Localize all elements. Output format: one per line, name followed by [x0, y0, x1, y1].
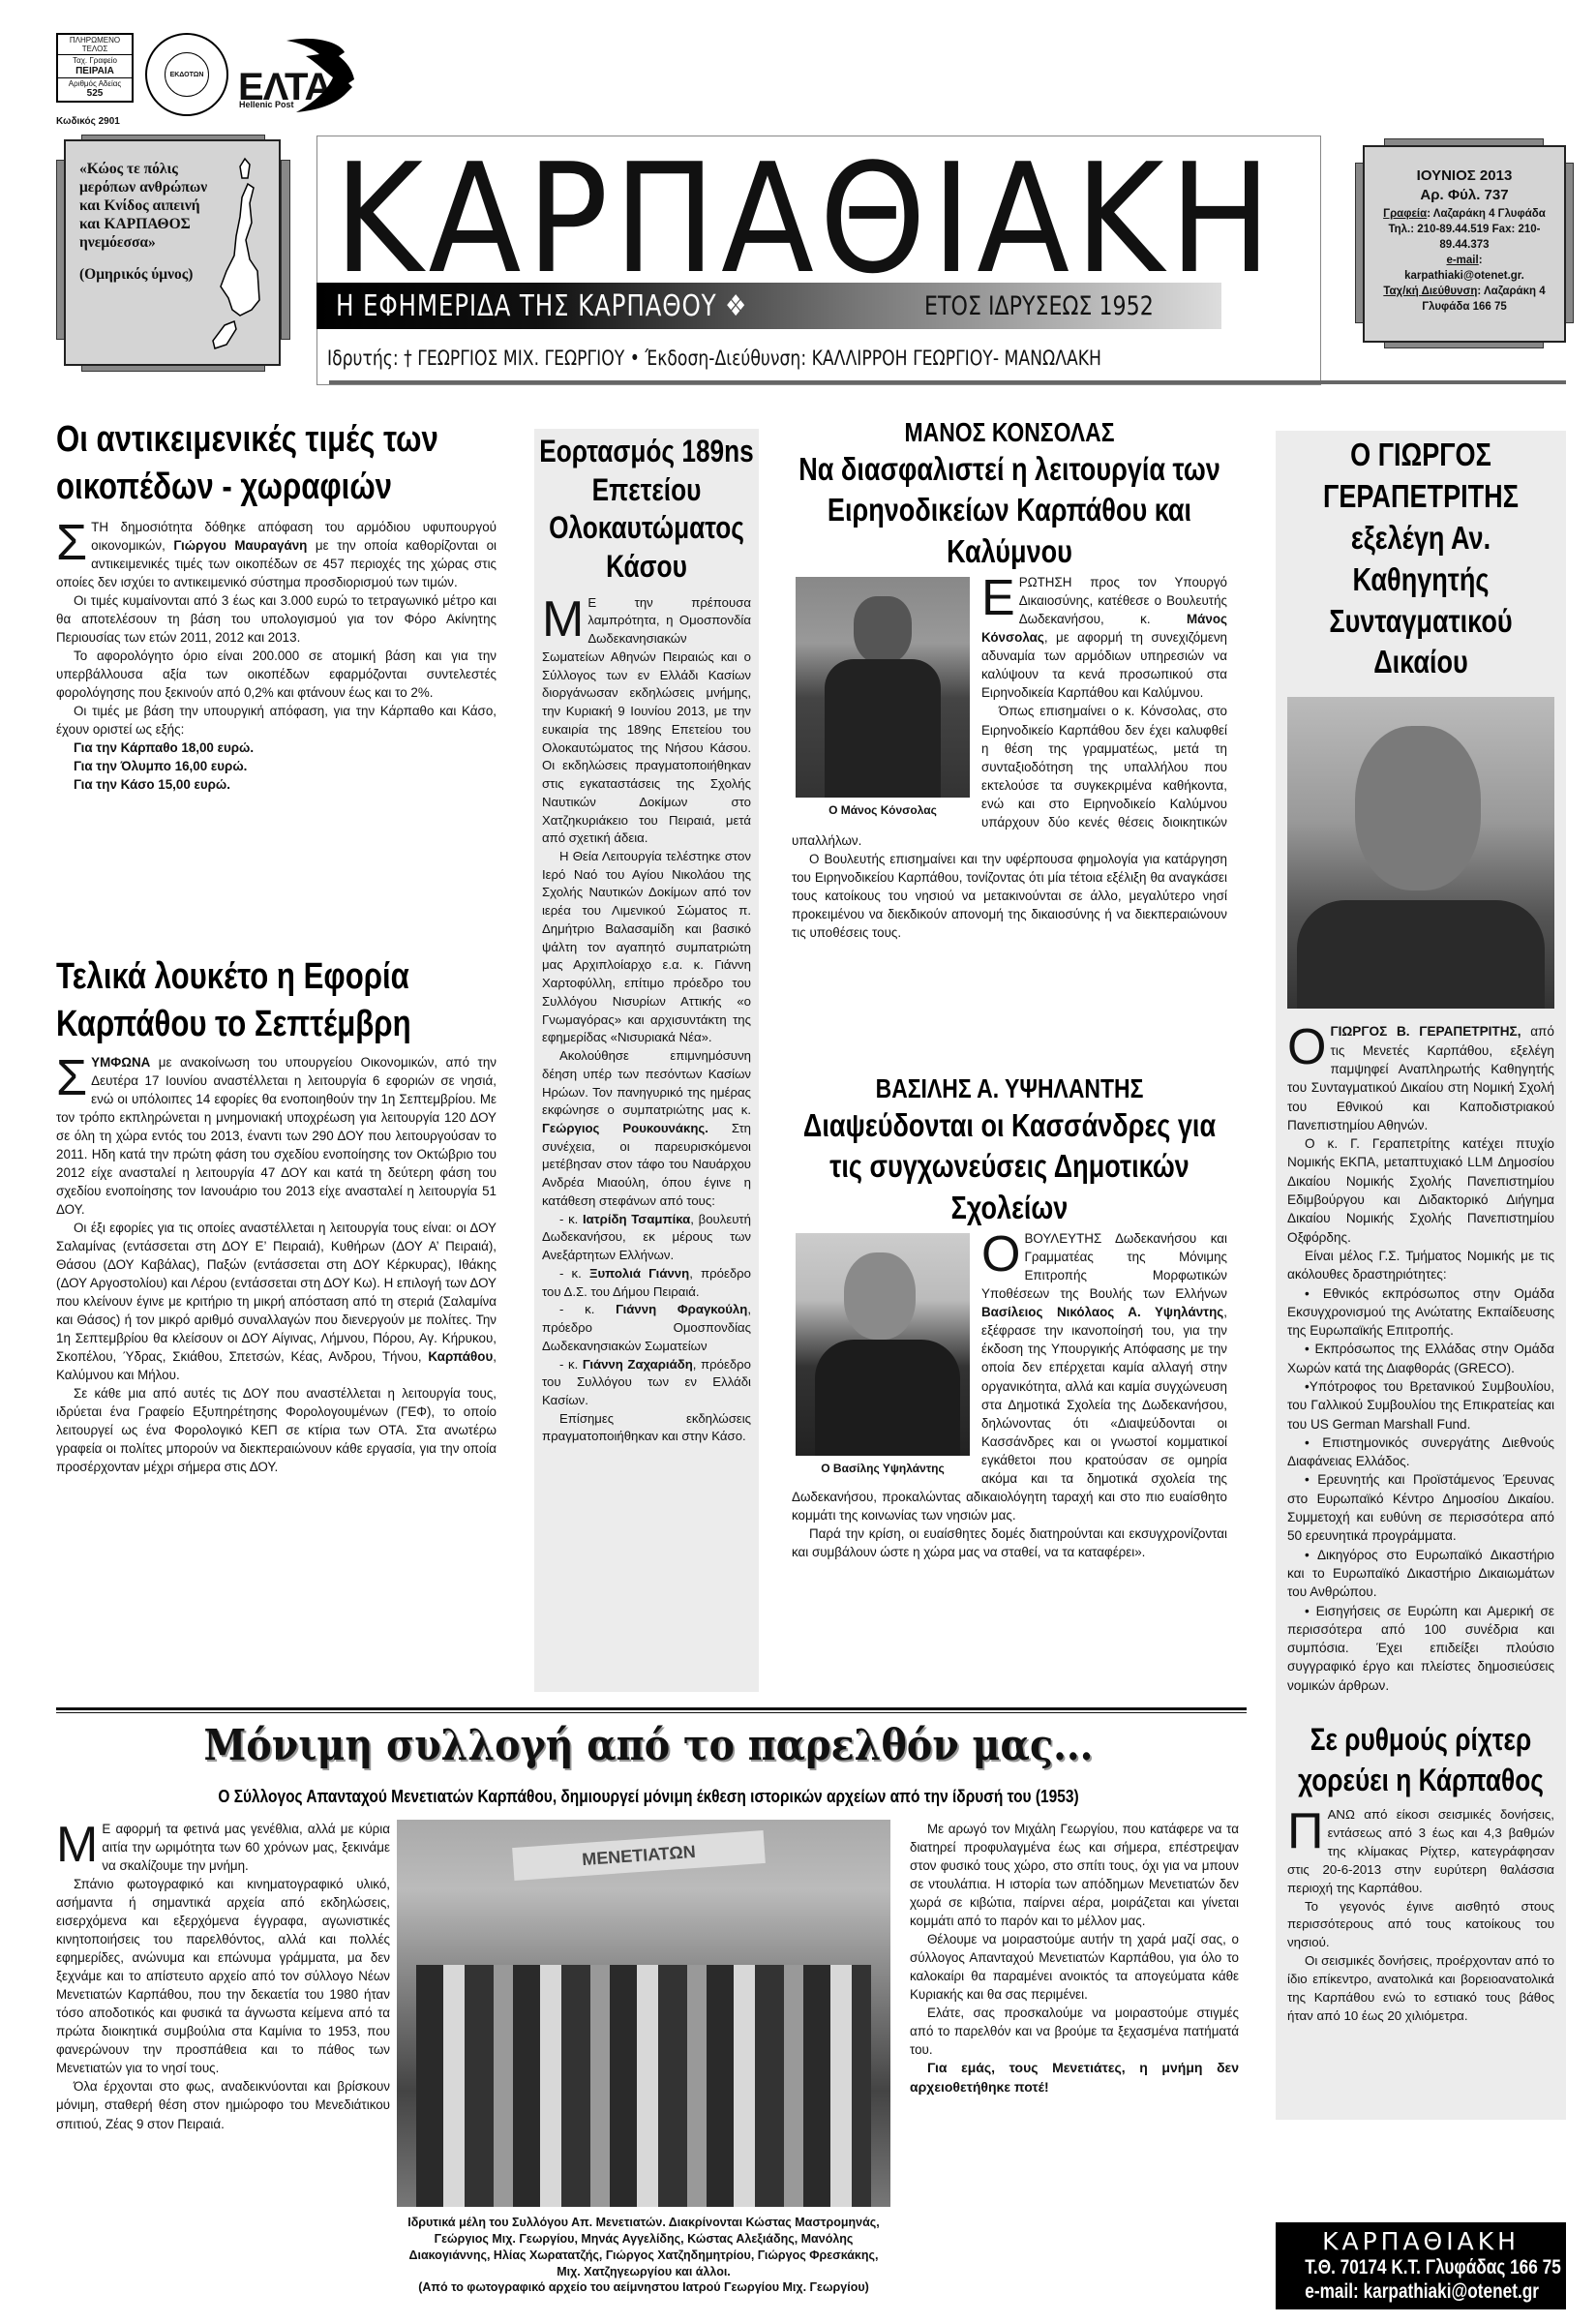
postal-city: Γλυφάδα 166 75	[1370, 299, 1558, 315]
kicker: ΒΑΣΙΛΗΣ Α. ΥΨΗΛΑΝΤΗΣ	[831, 1072, 1189, 1105]
bold-name: Γεώργιος Ρουκουνάκης.	[542, 1121, 708, 1135]
bold-name: Γιώργου Μαυραγάνη	[173, 538, 307, 553]
paragraph-text: με ανακοίνωση του υπουργείου Οικονομικών…	[56, 1055, 497, 1217]
bold-lead: ΥΜΦΩΝΑ	[91, 1055, 150, 1070]
bold-name: ΓΙΩΡΓΟΣ Β. ΓΕΡΑΠΕΤΡΙΤΗΣ,	[1330, 1024, 1521, 1039]
paragraph: Όλα έρχονται στο φως, αναδεικνύονται και…	[56, 2077, 390, 2132]
paragraph: Το γεγονός έγινε αισθητό στους περισσότε…	[1287, 1898, 1554, 1953]
article-body: ΟΓΙΩΡΓΟΣ Β. ΓΕΡΑΠΕΤΡΙΤΗΣ, από τις Μενετέ…	[1287, 1022, 1554, 1695]
wreath-name: Γιάννη Φραγκούλη	[616, 1302, 747, 1316]
article-gerapetritis: Ο ΓΙΩΡΓΟΣ ΓΕΡΑΠΕΤΡΙΤΗΣ εξελέγη Αν. Καθηγ…	[1276, 431, 1566, 2120]
paragraph: Το αφορολόγητο όριο είναι 200.000 σε ατο…	[56, 647, 497, 702]
price-item: Για την Όλυμπο 16,00 ευρώ.	[74, 759, 247, 773]
photo-caption: Ο Βασίλης Υψηλάντης	[796, 1462, 970, 1475]
header-rule	[329, 380, 1566, 384]
issue-number: Αρ. Φύλ. 737	[1370, 186, 1558, 205]
portrait-suit	[825, 659, 941, 798]
activity-bullet: • Δικηγόρος στο Ευρωπαϊκό Δικαστήριο και…	[1287, 1546, 1554, 1602]
paragraph: Οι τιμές κυμαίνονται από 3 έως και 3.000…	[56, 591, 497, 647]
paragraph-text: Ε αφορμή τα φετινά μας γενέθλια, αλλά με…	[102, 1822, 390, 1873]
footer-email[interactable]: e-mail: karpathiaki@otenet.gr	[1305, 2279, 1536, 2304]
portrait-suit	[1297, 900, 1545, 1009]
contact-footer-box: ΚΑΡΠΑΘΙΑΚΗ Τ.Θ. 70174 Κ.Τ. Γλυφάδας 166 …	[1276, 2222, 1566, 2309]
headline: Τελικά λουκέτο η Εφορία Καρπάθου το Σεπτ…	[56, 953, 500, 1049]
drop-cap: Σ	[56, 522, 87, 564]
article-body: ΜΕ την πρέπουσα λαμπρότητα, η Ομοσπονδία…	[542, 594, 751, 1447]
founder-line: Ιδρυτής: † ΓΕΩΡΓΙΟΣ ΜΙΧ. ΓΕΩΡΓΙΟΥ • Έκδο…	[327, 347, 1101, 370]
article-ypsilantis: ΒΑΣΙΛΗΣ Α. ΥΨΗΛΑΝΤΗΣ Διαψεύδονται οι Κασ…	[792, 1072, 1227, 1561]
drop-cap: Ε	[981, 577, 1015, 619]
konsolas-photo-figure: Ο Μάνος Κόνσολας	[796, 577, 970, 817]
postal-address: : Λαζαράκη 4	[1477, 286, 1545, 297]
publishers-seal-icon: ΕΚΔΟΤΩΝ	[145, 33, 228, 116]
portrait-head	[1355, 726, 1481, 890]
paragraph: Σπάνιο φωτογραφικό και κινηματογραφικό υ…	[56, 1875, 390, 2077]
postal-paid-stamp: ΠΛΗΡΩΜΕΝΟ ΤΕΛΟΣ Ταχ. ΓραφείοΠΕΙΡΑΙΑ Αριθ…	[56, 33, 134, 103]
paragraph-text: Ακολούθησε επιμνημόσυνη δέηση υπέρ των π…	[542, 1048, 751, 1117]
article-richter: Σε ρυθμούς ρίχτερ χορεύει η Κάρπαθος ΠΑΝ…	[1287, 1720, 1554, 2026]
collection-subhead: Ο Σύλλογος Απανταχού Μενετιατών Καρπάθου…	[140, 1787, 1156, 1808]
headline: Να διασφαλιστεί η λειτουργία των Ειρηνοδ…	[792, 449, 1228, 574]
postal-paid-label: ΠΛΗΡΩΜΕΝΟ ΤΕΛΟΣ	[58, 35, 132, 55]
article-tax-office: Τελικά λουκέτο η Εφορία Καρπάθου το Σεπτ…	[56, 953, 497, 1477]
footer-address: Τ.Θ. 70174 Κ.Τ. Γλυφάδας 166 75	[1305, 2255, 1536, 2279]
portrait-suit	[815, 1340, 960, 1456]
postal-label: Ταχ/κή Διεύθυνση	[1383, 286, 1477, 297]
newspaper-title: ΚΑΡΠΑΘΙΑΚΗ	[334, 143, 1277, 294]
collection-body-col2: Με αρωγό τον Μιχάλη Γεωργίου, που κατάφε…	[910, 1820, 1239, 2097]
bold-name: Βασίλειος Νικόλαος Α. Υψηλάντης	[981, 1305, 1223, 1319]
drop-cap: Ο	[1287, 1026, 1326, 1069]
photo-banner: ΜΕΝΕΤΙΑΤΩΝ	[512, 1830, 766, 1881]
article-kasos: Εορτασμός 189ns Επετείου Ολοκαυτώματος Κ…	[534, 429, 759, 1692]
article-land-prices: Οι αντικειμενικές τιμές των οικοπέδων - …	[56, 416, 497, 794]
activity-bullet: • Εισηγήσεις σε Ευρώπη και Αμερική σε πε…	[1287, 1602, 1554, 1695]
closing-statement: Για εμάς, τους Μενετιάτες, η μνήμη δεν α…	[910, 2059, 1239, 2097]
kicker: ΜΑΝΟΣ ΚΟΝΣΟΛΑΣ	[831, 416, 1189, 449]
headline: Διαψεύδονται οι Κασσάνδρες για τις συγχω…	[792, 1105, 1228, 1230]
paragraph: Είναι μέλος Γ.Σ. Τμήματος Νομικής με τις…	[1287, 1247, 1554, 1284]
article-konsolas: ΜΑΝΟΣ ΚΟΝΣΟΛΑΣ Να διασφαλιστεί η λειτουρ…	[792, 416, 1227, 942]
paragraph: Σε κάθε μια από αυτές τις ΔΟΥ που αναστέ…	[56, 1384, 497, 1476]
offices-address: : Λαζαράκη 4 Γλυφάδα	[1427, 208, 1546, 220]
bold-place: Καρπάθου	[428, 1349, 493, 1364]
wreath-name: Γιάννη Ζαχαριάδη	[583, 1357, 693, 1372]
paragraph: Με αρωγό τον Μιχάλη Γεωργίου, που κατάφε…	[910, 1820, 1239, 1930]
hermes-head-icon	[277, 33, 364, 115]
wreath-name: Ξυπολιά Γιάννη	[589, 1266, 689, 1281]
paragraph: Η Θεία Λειτουργία τελέστηκε στον Ιερό Να…	[542, 848, 751, 1047]
portrait-head	[844, 1252, 916, 1340]
homeric-quote-box: «Κώος τε πόλις μερόπων ανθρώπων και Κνίδ…	[64, 139, 281, 366]
masthead-banner: Η ΕΦΗΜΕΡΙΔΑ ΤΗΣ ΚΑΡΠΑΘΟΥ ❖ ΕΤΟΣ ΙΔΡΥΣΕΩΣ…	[316, 283, 1221, 329]
price-item: Για την Κάσο 15,00 ευρώ.	[74, 777, 230, 792]
headline: Σε ρυθμούς ρίχτερ χορεύει η Κάρπαθος	[1287, 1720, 1554, 1800]
activity-bullet: • Επιστημονικός συνεργάτης Διεθνούς Διαφ…	[1287, 1433, 1554, 1471]
phone-fax: Τηλ.: 210-89.44.519 Fax: 210-89.44.373	[1370, 222, 1558, 253]
wreath-name: Ιατρίδη Τσαμπίκα	[583, 1212, 690, 1226]
drop-cap: Μ	[542, 598, 584, 641]
section-divider	[56, 1707, 1247, 1710]
founding-members-photo: ΜΕΝΕΤΙΑΤΩΝ	[397, 1820, 890, 2207]
email-address[interactable]: karpathiaki@otenet.gr.	[1370, 268, 1558, 284]
photo-credit: (Από το φωτογραφικό αρχείο του αείμνηστο…	[397, 2280, 890, 2294]
headline: Εορτασμός 189ns Επετείου Ολοκαυτώματος Κ…	[537, 433, 756, 587]
ypsilantis-photo-figure: Ο Βασίλης Υψηλάντης	[796, 1233, 970, 1475]
drop-cap: Π	[1287, 1810, 1324, 1853]
portrait-head	[854, 596, 912, 664]
activity-bullet: • Εκπρόσωπος της Ελλάδας στην Ομάδα Χωρώ…	[1287, 1340, 1554, 1377]
collection-body-col1: ΜΕ αφορμή τα φετινά μας γενέθλια, αλλά μ…	[56, 1820, 390, 2133]
email-label: e-mail	[1446, 255, 1478, 266]
gerapetritis-photo	[1287, 697, 1554, 1009]
photo-caption: Ο Μάνος Κόνσολας	[796, 803, 970, 817]
offices-label: Γραφεία	[1383, 208, 1427, 220]
drop-cap: Σ	[56, 1057, 87, 1100]
postal-code: Κωδικός 2901	[56, 116, 120, 127]
headline: Ο ΓΙΩΡΓΟΣ ΓΕΡΑΠΕΤΡΙΤΗΣ εξελέγη Αν. Καθηγ…	[1287, 435, 1554, 683]
article-body: ΣΤΗ δημοσιότητα δόθηκε απόφαση του αρμόδ…	[56, 518, 497, 794]
paragraph: Θέλουμε να μοιραστούμε αυτήν τη χαρά μαζ…	[910, 1930, 1239, 2004]
photo-caption: Ιδρυτικά μέλη του Συλλόγου Απ. Μενετιατώ…	[397, 2215, 890, 2280]
seal-center-text: ΕΚΔΟΤΩΝ	[165, 52, 209, 97]
activity-bullet: •Υπότροφος του Βρετανικού Συμβουλίου, το…	[1287, 1377, 1554, 1433]
activity-bullet: • Εθνικός εκπρόσωπος στην Ομάδα Εκσυγχρο…	[1287, 1284, 1554, 1341]
karpathos-map-icon	[201, 155, 279, 358]
paragraph: Ελάτε, σας προσκαλούμε να μοιραστούμε στ…	[910, 2004, 1239, 2059]
photo-people	[416, 1965, 871, 2207]
paragraph-text: από τις Μενετές Καρπάθου, εξελέγη παμψηφ…	[1287, 1024, 1554, 1131]
quote-box-frame-right	[281, 160, 290, 340]
collection-headline: Μόνιμη συλλογή από το παρελθόν μας...	[117, 1721, 1180, 1770]
article-body: ΠΑΝΩ από είκοσι σεισμικές δονήσεις, εντά…	[1287, 1806, 1554, 2026]
headline: Οι αντικειμενικές τιμές των οικοπέδων - …	[56, 416, 500, 512]
paragraph-text: Οι έξι εφορίες για τις οποίες αναστέλλετ…	[56, 1221, 497, 1364]
issue-info-box: ΙΟΥΝΙΟΣ 2013 Αρ. Φύλ. 737 Γραφεία: Λαζαρ…	[1363, 145, 1566, 343]
paragraph-text: ΑΝΩ από είκοσι σεισμικές δονήσεις, εντάσ…	[1287, 1807, 1554, 1895]
price-item: Για την Κάρπαθο 18,00 ευρώ.	[74, 740, 254, 755]
paragraph: Ο κ. Γ. Γεραπετρίτης κατέχει πτυχίο Νομι…	[1287, 1134, 1554, 1247]
issue-date: ΙΟΥΝΙΟΣ 2013	[1370, 166, 1558, 186]
collection-photo-figure: ΜΕΝΕΤΙΑΤΩΝ Ιδρυτικά μέλη του Συλλόγου Απ…	[397, 1820, 890, 2294]
paragraph: Ο Βουλευτής επισημαίνει και την υφέρπουσ…	[792, 850, 1227, 942]
post-office-value: ΠΕΙΡΑΙΑ	[58, 66, 132, 77]
drop-cap: Μ	[56, 1824, 98, 1866]
article-body: ΣΥΜΦΩΝΑ με ανακοίνωση του υπουργείου Οικ…	[56, 1053, 497, 1477]
post-office-label: Ταχ. Γραφείο	[73, 56, 117, 65]
konsolas-photo	[796, 577, 970, 798]
paragraph: Παρά την κρίση, οι ευαίσθητες δομές διατ…	[792, 1524, 1227, 1561]
section-divider-thin	[56, 1712, 1247, 1713]
ypsilantis-photo	[796, 1233, 970, 1456]
paragraph: Επίσημες εκδηλώσεις πραγματοποιήθηκαν κα…	[542, 1410, 751, 1446]
masthead-subtitle: Η ΕΦΗΜΕΡΙΔΑ ΤΗΣ ΚΑΡΠΑΘΟΥ ❖	[336, 289, 747, 323]
license-value: 525	[58, 88, 132, 100]
paragraph: Οι σεισμικές δονήσεις, προέρχονταν από τ…	[1287, 1952, 1554, 2026]
license-label: Αριθμός Αδείας	[69, 79, 121, 88]
founded-year: ΕΤΟΣ ΙΔΡΥΣΕΩΣ 1952	[924, 291, 1154, 321]
drop-cap: Ο	[981, 1233, 1020, 1276]
paragraph: Οι τιμές με βάση την υπουργική απόφαση, …	[56, 702, 497, 739]
footer-title: ΚΑΡΠΑΘΙΑΚΗ	[1280, 2228, 1562, 2255]
activity-bullet: • Ερευνητής και Προϊστάμενος Έρευνας στο…	[1287, 1470, 1554, 1545]
